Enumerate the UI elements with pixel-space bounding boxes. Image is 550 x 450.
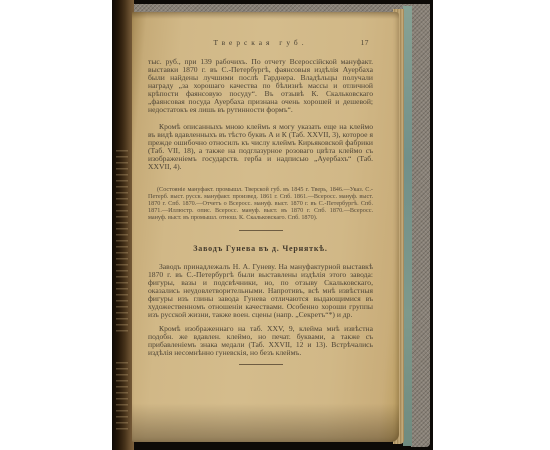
paragraph: Кромѣ изображеннаго на таб. XXV, 9, клей… <box>148 325 373 357</box>
running-header: Тверская губ. 17 <box>148 38 373 47</box>
paragraph: Заводъ принадлежалъ Н. А. Гуневу. На ман… <box>148 263 373 319</box>
facing-page-gutter-shadow <box>112 0 134 450</box>
book-cover-teal-strip <box>403 6 412 446</box>
book-photo: Тверская губ. 17 тыс. руб., при 139 рабо… <box>112 0 433 450</box>
section-divider-rule <box>239 230 283 231</box>
book-cover-cloth-right-edge <box>411 4 430 447</box>
footnote-divider-rule <box>239 364 283 365</box>
paragraph: тыс. руб., при 139 рабочихъ. По отчету В… <box>148 58 373 114</box>
facing-page-text-sliver <box>116 362 128 434</box>
page-number: 17 <box>361 38 369 47</box>
page-text-block: Тверская губ. 17 тыс. руб., при 139 рабо… <box>148 38 373 365</box>
book-page: Тверская губ. 17 тыс. руб., при 139 рабо… <box>132 12 399 442</box>
section-heading: Заводъ Гунева въ д. Черняткѣ. <box>148 244 373 253</box>
running-header-title: Тверская губ. <box>213 38 307 47</box>
facing-page-text-sliver <box>116 150 128 335</box>
paragraph: Кромѣ описанныхъ мною клеймъ я могу указ… <box>148 123 373 171</box>
bibliography-footnote: (Состояніе мануфакт. промышл. Тверской г… <box>148 186 373 221</box>
